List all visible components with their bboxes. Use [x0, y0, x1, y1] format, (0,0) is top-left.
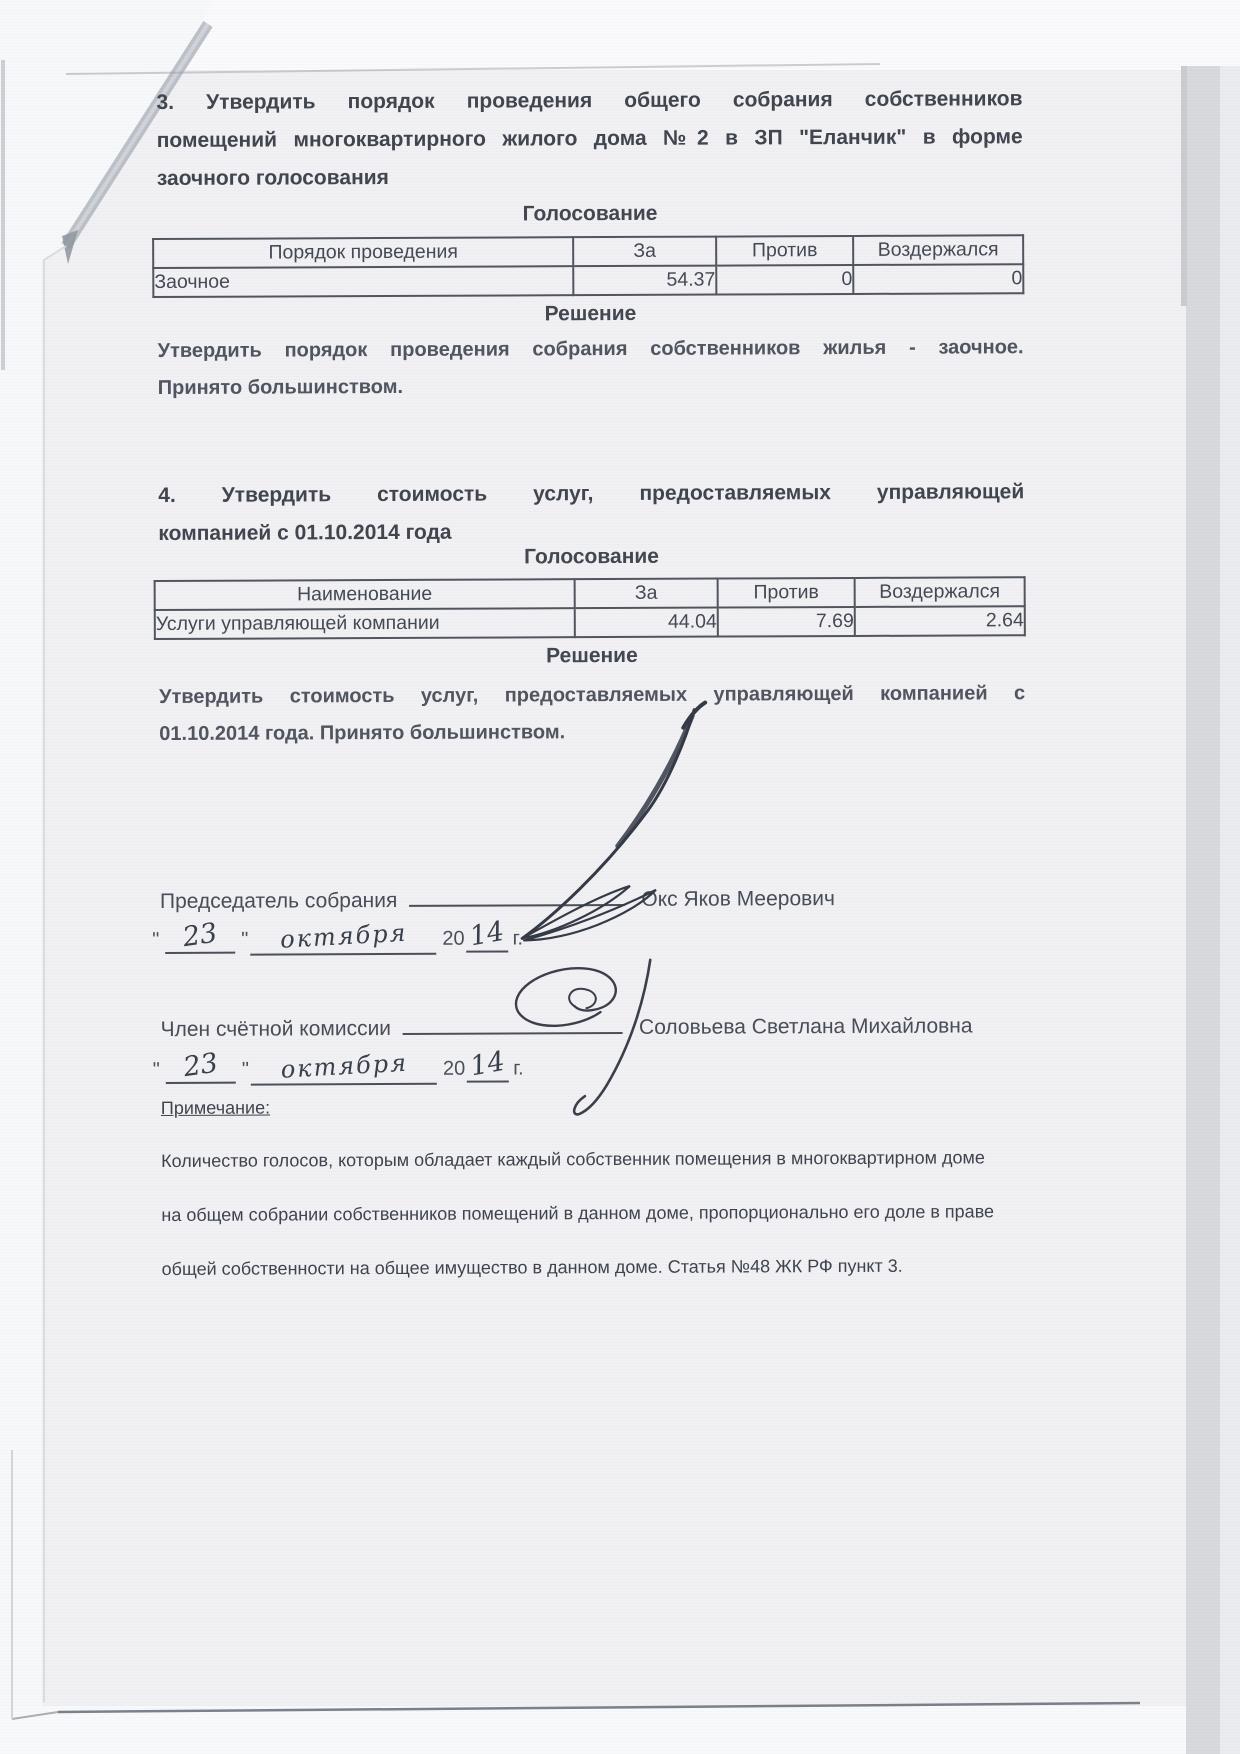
chairman-role-label: Председатель собрания [160, 889, 397, 913]
handwritten-year: 14 [468, 916, 507, 953]
handwritten-month: октября [279, 919, 408, 954]
agenda-item-3-heading: 3. Утвердить порядок проведения общего с… [156, 80, 1022, 198]
col-header-abstained: Воздержался [855, 577, 1025, 607]
cell-against: 7.69 [718, 607, 855, 637]
document-content: 3. Утвердить порядок проведения общего с… [0, 0, 1240, 1754]
paragraph-line: Утвердить стоимость услуг, предоставляем… [159, 675, 1025, 716]
committee-member-signature-row: Член счётной комиссииСоловьева Светлана … [160, 1008, 972, 1042]
handwritten-day: 23 [181, 1048, 219, 1084]
chairman-date-row: "23"октября2014г. [150, 920, 523, 956]
heading-line: помещений многоквартирного жилого дома №… [157, 118, 1023, 160]
col-header-for: За [575, 579, 718, 609]
cell-for: 44.04 [575, 608, 718, 638]
vote-table-2-header-row: Наименование За Против Воздержался [155, 577, 1025, 610]
year-century: 20 [443, 1058, 465, 1080]
agenda-item-4-heading: 4. Утвердить стоимость услуг, предоставл… [158, 473, 1024, 553]
cell-option: Заочное [153, 266, 573, 297]
col-header-name: Наименование [155, 579, 575, 610]
year-suffix: г. [513, 1057, 524, 1079]
quote-mark: " [241, 929, 248, 951]
day-blank: 23 [166, 1052, 236, 1084]
vote-table-1-data-row: Заочное 54.37 0 0 [153, 264, 1023, 297]
signature-line [403, 1010, 623, 1035]
chairman-name: Окс Яков Меерович [641, 887, 835, 911]
year-century: 20 [442, 928, 464, 950]
vote-table-1-header-row: Порядок проведения За Против Воздержался [153, 235, 1023, 268]
quote-mark: " [153, 1059, 160, 1081]
chairman-signature-row: Председатель собранияОкс Яков Меерович [160, 881, 835, 914]
cell-abstained: 0 [853, 264, 1023, 294]
note-body: Количество голосов, которым обладает каж… [161, 1130, 1062, 1296]
handwritten-day: 23 [181, 918, 219, 954]
vote-table-2-data-row: Услуги управляющей компании 44.04 7.69 2… [155, 606, 1025, 639]
note-line: общей собственности на общее имущество в… [161, 1238, 1061, 1296]
note-title: Примечание: [161, 1098, 270, 1119]
cell-option: Услуги управляющей компании [155, 608, 575, 639]
voting-title-2: Голосование [158, 543, 1024, 571]
year-blank: 14 [467, 920, 509, 952]
year-blank: 14 [467, 1050, 509, 1082]
heading-line: заочного голосования [157, 156, 1023, 198]
col-header-against: Против [718, 578, 855, 608]
col-header-against: Против [716, 236, 853, 266]
voting-title-1: Голосование [157, 200, 1023, 228]
member-date-row: "23"октября2014г. [151, 1050, 524, 1086]
member-name: Соловьева Светлана Михайловна [639, 1014, 973, 1038]
vote-table-2: Наименование За Против Воздержался Услуг… [154, 576, 1026, 640]
decision-paragraph-2: Утвердить стоимость услуг, предоставляем… [159, 675, 1025, 753]
paragraph-line: Принято большинством. [158, 366, 1024, 407]
cell-for: 54.37 [573, 266, 716, 296]
month-blank: октября [251, 1053, 437, 1086]
decision-title-2: Решение [159, 642, 1025, 670]
vote-table-1: Порядок проведения За Против Воздержался… [152, 234, 1024, 298]
day-blank: 23 [165, 922, 235, 954]
heading-line: 3. Утвердить порядок проведения общего с… [156, 80, 1022, 122]
heading-line: 4. Утвердить стоимость услуг, предоставл… [158, 473, 1024, 515]
quote-mark: " [152, 929, 159, 951]
cell-abstained: 2.64 [855, 606, 1025, 636]
paragraph-line: 01.10.2014 года. Принято большинством. [159, 712, 1025, 753]
quote-mark: " [242, 1059, 249, 1081]
col-header-for: За [573, 237, 716, 267]
note-line: Количество голосов, которым обладает каж… [161, 1130, 1061, 1188]
decision-title-1: Решение [157, 300, 1023, 328]
note-line: на общем собрании собственников помещени… [161, 1184, 1061, 1242]
handwritten-year: 14 [468, 1046, 507, 1083]
decision-paragraph-1: Утвердить порядок проведения собрания со… [158, 329, 1024, 407]
member-role-label: Член счётной комиссии [161, 1017, 392, 1041]
cell-against: 0 [716, 265, 853, 295]
scanned-document-page: 3. Утвердить порядок проведения общего с… [0, 0, 1240, 1754]
handwritten-month: октября [280, 1049, 409, 1084]
signature-line [409, 882, 625, 907]
month-blank: октября [250, 923, 436, 956]
col-header-name: Порядок проведения [153, 237, 573, 268]
paragraph-line: Утвердить порядок проведения собрания со… [158, 329, 1024, 370]
year-suffix: г. [513, 927, 524, 949]
col-header-abstained: Воздержался [853, 235, 1023, 265]
